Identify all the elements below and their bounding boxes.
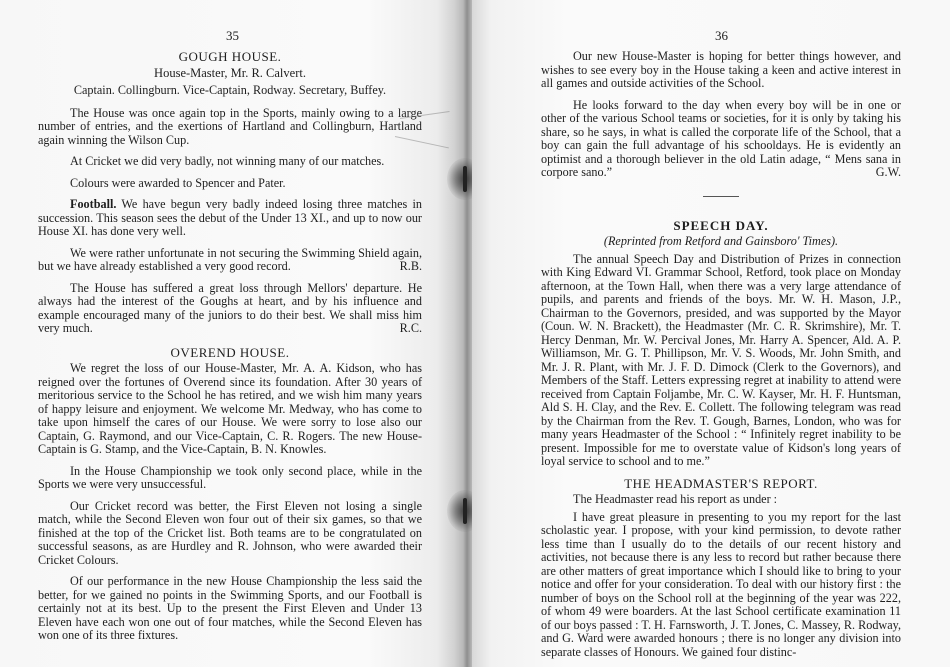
signature: R.B. [400,260,422,274]
signature: R.C. [400,322,422,336]
section-title-gough-house: GOUGH HOUSE. [38,50,422,64]
run-in-heading: Football. [70,197,116,211]
paragraph: We regret the loss of our House-Master, … [38,362,422,457]
paragraph: We were rather unfortunate in not securi… [38,247,422,274]
paragraph: Football. We have begun very badly indee… [38,198,422,239]
section-title-overend-house: OVEREND HOUSE. [38,346,422,360]
section-divider [703,196,739,197]
section-title-headmasters-report: THE HEADMASTER'S REPORT. [541,477,901,491]
paragraph: Colours were awarded to Spencer and Pate… [38,177,422,191]
paragraph: He looks forward to the day when every b… [541,99,901,180]
house-master-line: House-Master, Mr. R. Calvert. [38,67,422,81]
paragraph: In the House Championship we took only s… [38,465,422,492]
paragraph: I have great pleasure in presenting to y… [541,511,901,660]
paragraph: The House was once again top in the Spor… [38,107,422,148]
source-citation: (Reprinted from Retford and Gainsboro' T… [541,235,901,249]
paragraph: Of our performance in the new House Cham… [38,575,422,643]
right-page-content: Our new House-Master is hoping for bette… [541,50,901,667]
paragraph: The Headmaster read his report as under … [541,493,901,507]
section-title-speech-day: SPEECH DAY. [541,219,901,233]
left-page: 35 GOUGH HOUSE. House-Master, Mr. R. Cal… [0,0,460,667]
paragraph: The annual Speech Day and Distribution o… [541,253,901,469]
left-page-content: GOUGH HOUSE. House-Master, Mr. R. Calver… [38,50,422,651]
page-number: 36 [715,28,728,44]
house-officers-line: Captain. Collingburn. Vice-Captain, Rodw… [38,84,422,98]
paragraph: Our new House-Master is hoping for bette… [541,50,901,91]
booklet-spread: 35 GOUGH HOUSE. House-Master, Mr. R. Cal… [0,0,950,667]
paragraph: The House has suffered a great loss thro… [38,282,422,336]
signature: G.W. [876,166,901,180]
paragraph: At Cricket we did very badly, not winnin… [38,155,422,169]
page-number: 35 [226,28,239,44]
paragraph: Our Cricket record was better, the First… [38,500,422,568]
